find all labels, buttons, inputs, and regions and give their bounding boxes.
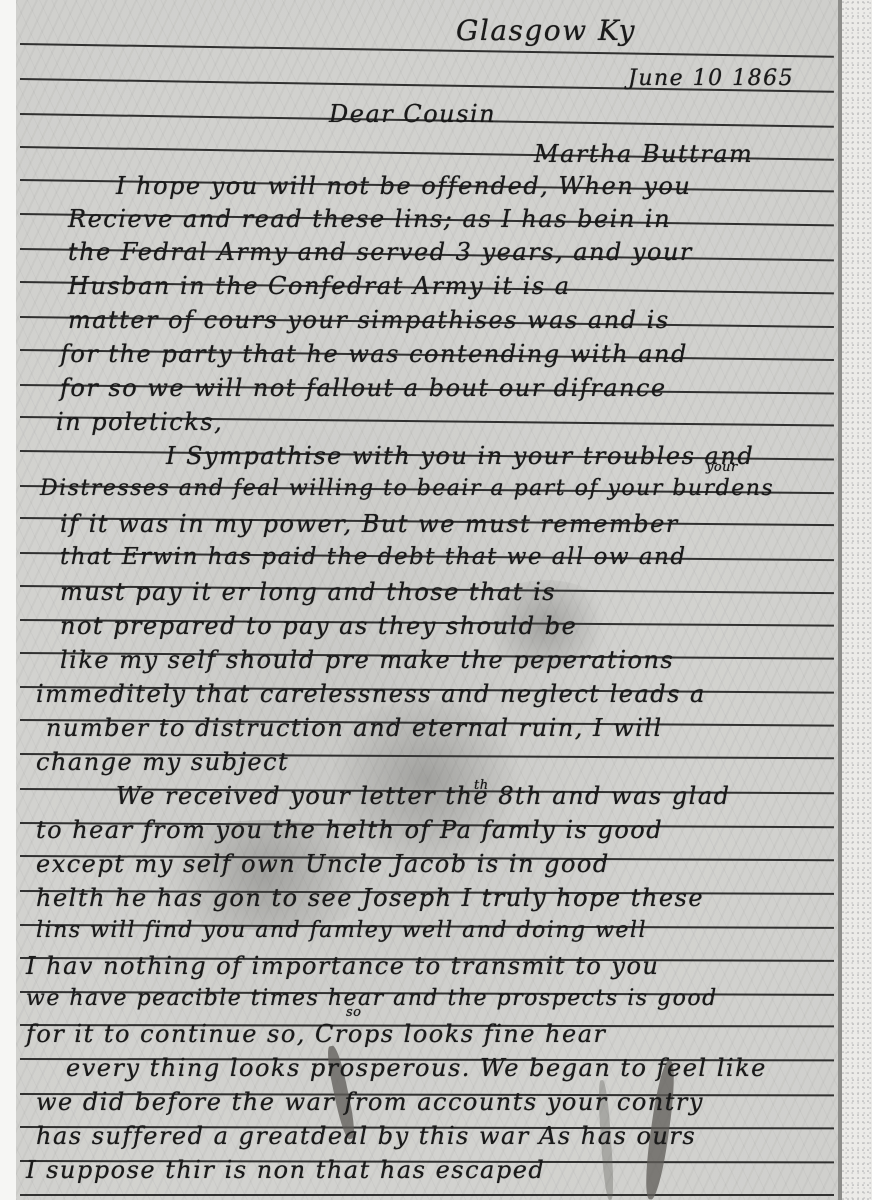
letter-page: Glasgow Ky June 10 1865 Dear Cousin Mart… [16, 0, 842, 1200]
letter-line: I hav nothing of importance to transmit … [26, 952, 659, 980]
scan-right-margin [842, 0, 872, 1200]
letter-line: must pay it er long and those that is [60, 578, 556, 606]
letter-line: like my self should pre make the peperat… [60, 646, 674, 674]
letter-line: for it to continue so, Crops looks fine … [26, 1020, 607, 1048]
letter-line: we did before the war from accounts your… [36, 1088, 704, 1116]
letter-salutation: Dear Cousin [329, 100, 496, 128]
letter-line: Recieve and read these lins; as I has be… [68, 205, 671, 233]
letter-line: for so we will not fallout a bout our di… [60, 374, 667, 402]
ruled-line [20, 43, 834, 58]
letter-line: I hope you will not be offended, When yo… [116, 172, 691, 200]
letter-line: we have peacible times hear and the pros… [26, 986, 718, 1011]
letter-place: Glasgow Ky [456, 14, 636, 47]
scan-left-margin [0, 0, 16, 1200]
letter-line: Distresses and feal willing to beair a p… [40, 476, 774, 501]
letter-date: June 10 1865 [628, 66, 794, 91]
interlinear-insertion: your [706, 460, 738, 475]
letter-line: every thing looks prosperous. We began t… [66, 1054, 767, 1082]
letter-line: that Erwin has paid the debt that we all… [60, 544, 687, 570]
letter-line: lins will find you and famley well and d… [36, 918, 647, 943]
letter-line: We received your letter the 8th and was … [116, 782, 731, 810]
letter-line: to hear from you the helth of Pa famly i… [36, 816, 663, 844]
ruled-line [20, 1194, 834, 1196]
letter-line: number to distruction and eternal ruin, … [46, 714, 663, 742]
letter-line: not prepared to pay as they should be [60, 612, 577, 640]
letter-line: in poleticks, [56, 408, 223, 436]
interlinear-insertion: th [474, 778, 489, 793]
interlinear-insertion: so [346, 1005, 362, 1020]
letter-line: helth he has gon to see Joseph I truly h… [36, 884, 704, 912]
letter-recipient: Martha Buttram [534, 140, 753, 168]
letter-line: except my self own Uncle Jacob is in goo… [36, 850, 610, 878]
letter-line: the Fedral Army and served 3 years, and … [68, 238, 693, 266]
letter-line: matter of cours your simpathises was and… [68, 306, 670, 334]
letter-line: for the party that he was contending wit… [60, 340, 688, 368]
letter-line: has suffered a greatdeal by this war As … [36, 1122, 696, 1150]
letter-line: I suppose thir is non that has escaped [26, 1156, 545, 1184]
letter-line: immeditely that carelessness and neglect… [36, 680, 706, 708]
letter-line: if it was in my power, But we must remem… [60, 510, 679, 538]
letter-line: I Sympathise with you in your troubles a… [166, 442, 754, 470]
letter-line: change my subject [36, 748, 289, 776]
letter-line: Husban in the Confedrat Army it is a [68, 272, 571, 300]
